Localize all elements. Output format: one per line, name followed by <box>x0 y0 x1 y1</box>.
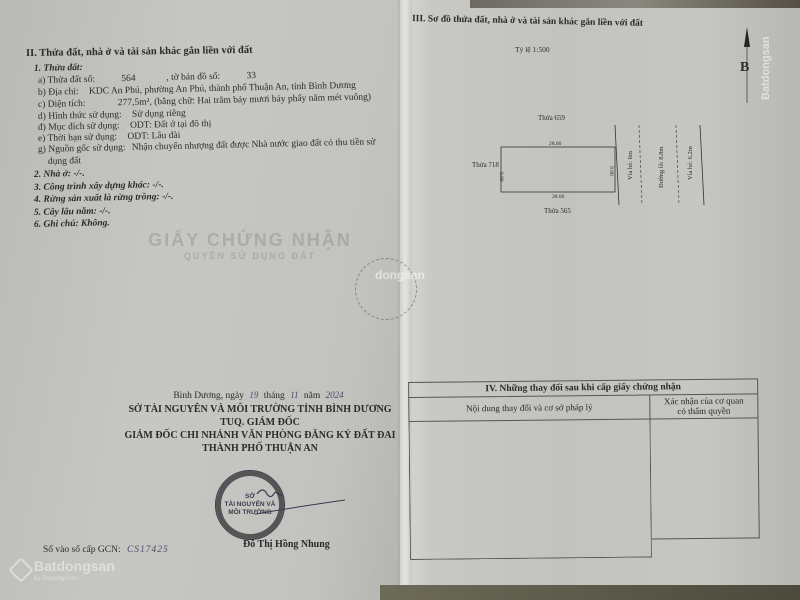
issuing-city: THÀNH PHỐ THUẬN AN <box>100 442 420 455</box>
neighbor-south-label: Thửa 565 <box>544 207 571 215</box>
right-edge-length: 9.90 <box>608 166 614 176</box>
show-through-text: GIẤY CHỨNG NHẬN QUYỀN SỬ DỤNG ĐẤT <box>140 230 360 261</box>
sidewalk-1-label: Vỉa hè: 6m <box>627 151 634 180</box>
map-sheet-number: 33 <box>246 71 256 81</box>
use-form-value: Sử dụng riêng <box>132 109 186 120</box>
use-form-label: d) Hình thức sử dụng: <box>38 110 122 122</box>
area-label: c) Diện tích: <box>38 99 86 110</box>
authority-confirmation-cell <box>650 418 759 539</box>
parcel-boundary <box>501 147 615 192</box>
handwritten-signature <box>255 480 345 520</box>
land-heading: 1. Thửa đất: <box>34 63 83 74</box>
bottom-edge-length: 28.00 <box>552 194 565 200</box>
issuing-branch: GIÁM ĐỐC CHI NHÁNH VĂN PHÒNG ĐĂNG KÝ ĐẤT… <box>100 429 420 442</box>
map-scale: Tỷ lệ 1:500 <box>515 45 550 54</box>
term-label: e) Thời hạn sử dụng: <box>38 132 117 144</box>
road-label: Đường lô: 8.8m <box>658 147 665 188</box>
purpose-label: đ) Mục đích sử dụng: <box>38 121 120 133</box>
registration-number: Số vào sổ cấp GCN: CS17425 <box>43 545 169 555</box>
changes-content-cell <box>409 419 652 560</box>
parcel-label: a) Thửa đất số: <box>38 75 95 86</box>
neighbor-west-label: Thửa 718 <box>472 161 499 169</box>
address-label: b) Địa chỉ: <box>38 87 79 98</box>
batdongsan-watermark: Batdongsan by PropertyGuru <box>12 558 115 582</box>
background-edge <box>470 0 800 8</box>
changes-content-header: Nội dung thay đổi và cơ sở pháp lý <box>408 395 650 422</box>
sidewalk-2-label: Vỉa hè: 6.2m <box>687 146 694 180</box>
background-ground <box>380 585 800 600</box>
parcel-sketch: Thửa 718 Thửa 659 Thửa 565 28.00 28.00 9… <box>420 100 710 230</box>
issuing-department: SỞ TÀI NGUYÊN VÀ MÔI TRƯỜNG TỈNH BÌNH DƯ… <box>100 403 420 416</box>
issue-date: Bình Dương, ngày 19 tháng 11 năm 2024 <box>100 390 420 401</box>
authority-confirmation-header: Xác nhận của cơ quan có thẩm quyền <box>650 394 758 419</box>
north-arrow: B <box>735 25 765 105</box>
signature-block: Bình Dương, ngày 19 tháng 11 năm 2024 SỞ… <box>100 390 420 455</box>
origin-continued: dụng đất <box>48 156 81 167</box>
house-item: 2. Nhà ở: -/-. <box>34 169 85 180</box>
origin-label: g) Nguồn gốc sử dụng: <box>38 143 126 155</box>
neighbor-north-label: Thửa 659 <box>538 114 565 122</box>
left-edge-length: 9.90 <box>498 172 504 182</box>
authorization-line: TUQ. GIÁM ĐỐC <box>100 416 420 429</box>
batdongsan-logo-icon <box>8 557 33 582</box>
signer-name: Đỗ Thị Hồng Nhung <box>243 539 330 550</box>
map-sheet-label: , tờ bản đồ số: <box>166 72 220 83</box>
parcel-number: 564 <box>121 74 135 84</box>
note-item: 6. Ghi chú: Không. <box>34 218 110 230</box>
north-label: B <box>740 60 749 76</box>
top-edge-length: 28.00 <box>549 141 562 147</box>
changes-table: IV. Những thay đổi sau khi cấp giấy chứn… <box>408 370 760 564</box>
perennial-item: 5. Cây lâu năm: -/-. <box>34 206 111 218</box>
purpose-value: ODT: Đất ở tại đô thị <box>130 119 212 131</box>
term-value: ODT: Lâu dài <box>127 131 180 142</box>
center-watermark: dongsan <box>375 268 425 282</box>
